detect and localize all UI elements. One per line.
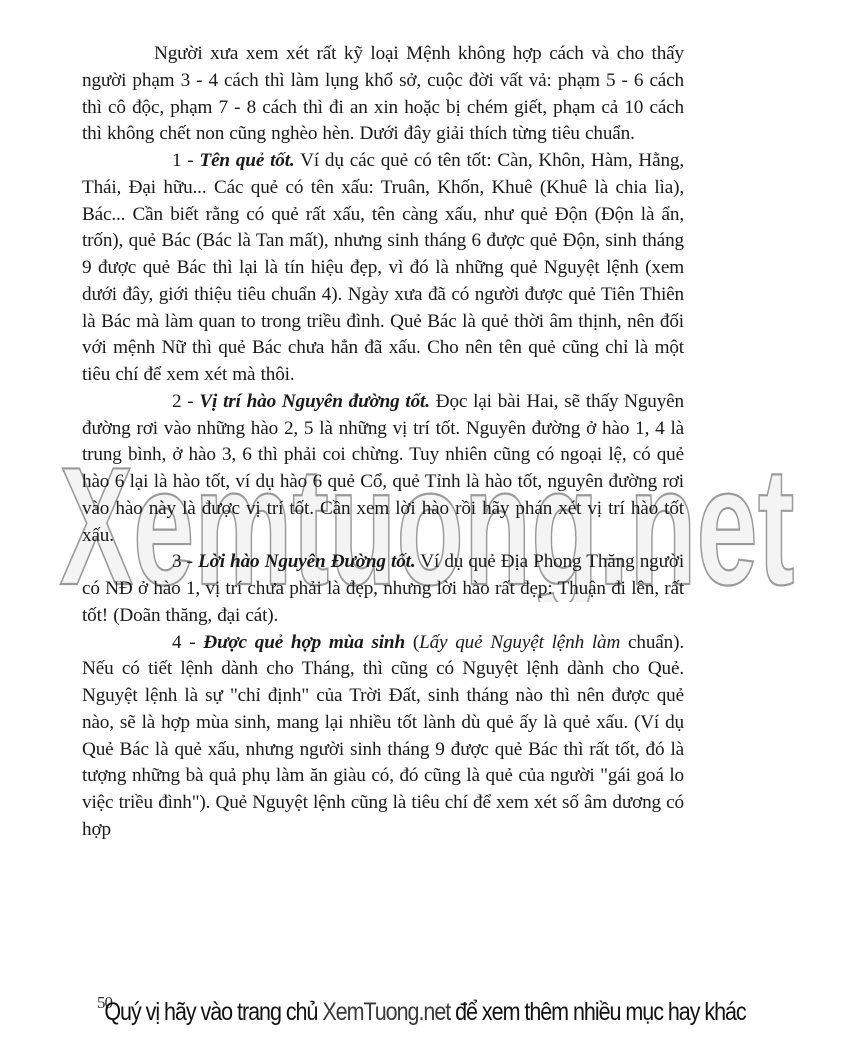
footer-banner: Quý vị hãy vào trang chủ XemTuong.net để…: [60, 998, 791, 1027]
scanned-book-page: Xemtuong.net Người xưa xem xét rất kỹ lo…: [0, 0, 850, 1049]
body-text: Người xưa xem xét rất kỹ loại Mệnh không…: [82, 41, 684, 844]
paragraph-text: Nếu có tiết lệnh dành cho Tháng, thì cũn…: [82, 658, 684, 840]
criterion-heading: Được quẻ hợp mùa sinh: [203, 632, 405, 653]
paragraph-intro: Người xưa xem xét rất kỹ loại Mệnh không…: [82, 41, 684, 148]
criterion-heading: Vị trí hào Nguyên đường tốt.: [199, 391, 429, 412]
criterion-number: 3 -: [172, 551, 198, 572]
paragraph-criterion-2: 2 - Vị trí hào Nguyên đường tốt. Đọc lại…: [82, 389, 684, 550]
criterion-note-italic: Lấy quẻ Nguyệt lệnh làm: [419, 632, 620, 653]
footer-prefix: Quý vị hãy vào trang chủ: [104, 998, 322, 1026]
paragraph-text: Ví dụ các quẻ có tên tốt: Càn, Khôn, Hàm…: [82, 150, 684, 385]
footer-suffix: để xem thêm nhiều mục hay khác: [450, 998, 745, 1026]
paragraph-criterion-3: 3 - Lời hào Nguyên Đường tốt. Ví dụ quẻ …: [82, 549, 684, 629]
criterion-heading: Lời hào Nguyên Đường tốt.: [198, 551, 415, 572]
criterion-number: 1 -: [172, 150, 200, 171]
criterion-heading: Tên quẻ tốt.: [200, 150, 295, 171]
footer-site-link[interactable]: XemTuong.net: [322, 998, 450, 1026]
criterion-number: 4 -: [172, 632, 203, 653]
paragraph-text: Người xưa xem xét rất kỹ loại Mệnh không…: [82, 43, 684, 144]
criterion-number: 2 -: [172, 391, 199, 412]
paragraph-criterion-1: 1 - Tên quẻ tốt. Ví dụ các quẻ có tên tố…: [82, 148, 684, 389]
paragraph-criterion-4: 4 - Được quẻ hợp mùa sinh (Lấy quẻ Nguyệ…: [82, 630, 684, 844]
criterion-note-open: (: [405, 632, 419, 653]
criterion-note-rest: chuẩn).: [620, 632, 684, 653]
paragraph-text: Đọc lại bài Hai, sẽ thấy Nguyên đường rơ…: [82, 391, 684, 546]
